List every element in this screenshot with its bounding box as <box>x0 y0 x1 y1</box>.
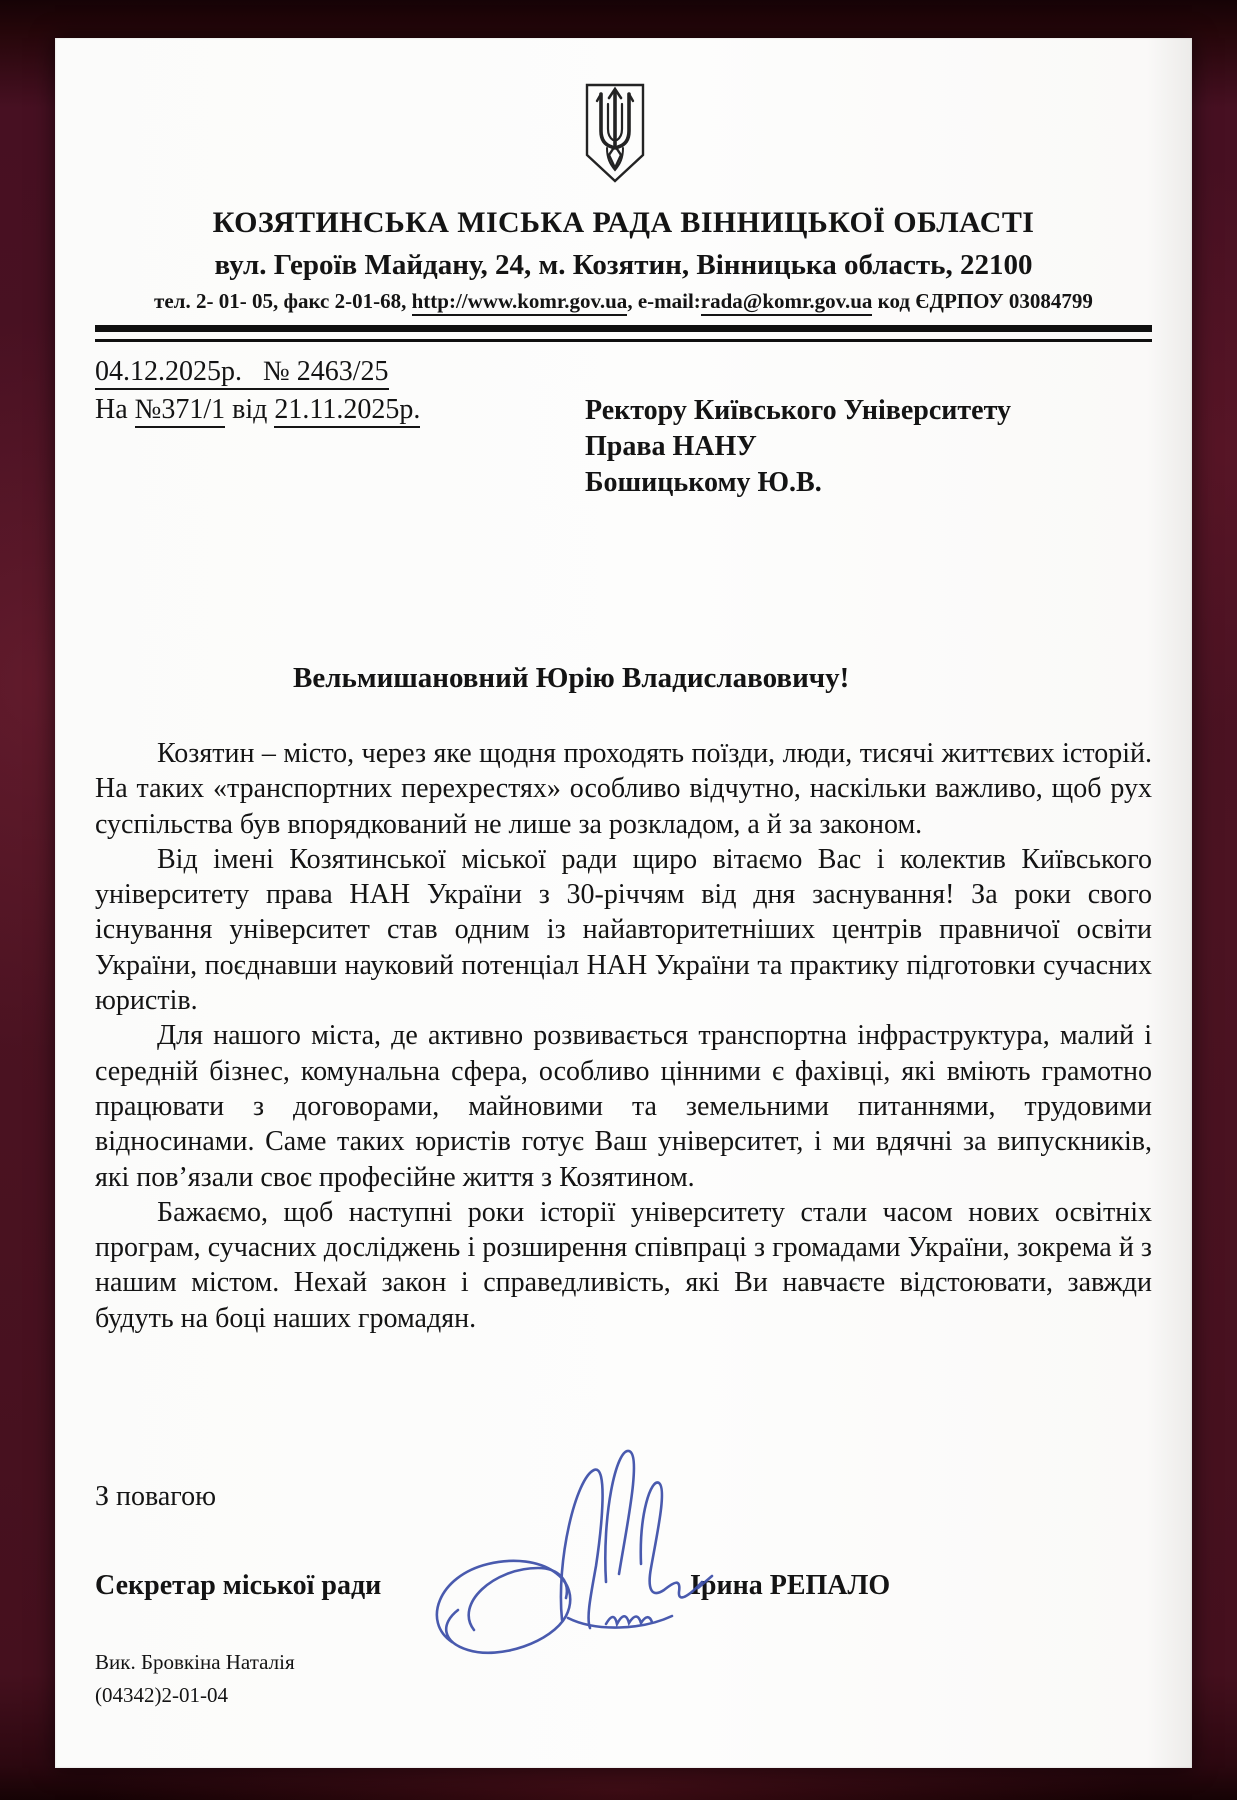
letterhead-rule-thin <box>95 339 1152 342</box>
outgoing-number: № 2463/25 <box>263 356 389 390</box>
org-contact-line: тел. 2- 01- 05, факс 2-01-68, http://www… <box>95 289 1152 314</box>
org-name: КОЗЯТИНСЬКА МІСЬКА РАДА ВІННИЦЬКОЇ ОБЛАС… <box>95 206 1152 240</box>
body-paragraph-4: Бажаємо, щоб наступні роки історії уніве… <box>95 1195 1152 1336</box>
contact-suffix: код ЄДРПОУ 03084799 <box>872 289 1093 313</box>
outgoing-reference-line: 04.12.2025р. № 2463/25 <box>95 356 389 388</box>
reference-gap <box>242 356 263 390</box>
letter-page: КОЗЯТИНСЬКА МІСЬКА РАДА ВІННИЦЬКОЇ ОБЛАС… <box>55 38 1192 1768</box>
handwritten-signature <box>410 1430 730 1680</box>
addressee-line-2: Права НАНУ <box>585 429 1011 465</box>
executor-phone: (04342)2-01-04 <box>95 1679 295 1712</box>
org-website-link: http://www.komr.gov.ua <box>412 289 628 316</box>
salutation: Вельмишановний Юрію Владиславовичу! <box>293 662 849 695</box>
contact-prefix: тел. 2- 01- 05, факс 2-01-68, <box>154 289 412 313</box>
addressee-block: Ректору Київського Університету Права НА… <box>585 393 1011 501</box>
reply-number: №371/1 <box>135 394 226 428</box>
executor-name: Вик. Бровкіна Наталія <box>95 1646 295 1679</box>
ukraine-trident-emblem-icon <box>583 82 647 186</box>
reply-reference-line: На №371/1 від 21.11.2025р. <box>95 394 420 426</box>
scanned-letter-on-maroon-folder: КОЗЯТИНСЬКА МІСЬКА РАДА ВІННИЦЬКОЇ ОБЛАС… <box>0 0 1237 1800</box>
reply-prefix: На <box>95 394 135 425</box>
org-address: вул. Героїв Майдану, 24, м. Козятин, Він… <box>95 249 1152 282</box>
outgoing-date: 04.12.2025р. <box>95 356 242 390</box>
body-paragraph-2: Від імені Козятинської міської ради щиро… <box>95 842 1152 1018</box>
letterhead-rule-thick <box>95 325 1152 332</box>
reply-date: 21.11.2025р. <box>274 394 420 428</box>
executor-block: Вик. Бровкіна Наталія (04342)2-01-04 <box>95 1646 295 1712</box>
closing-regards: З повагою <box>95 1481 216 1513</box>
contact-mid: , e-mail: <box>627 289 700 313</box>
addressee-line-3: Бошицькому Ю.В. <box>585 465 1011 501</box>
body-paragraph-3: Для нашого міста, де активно розвиваєтьс… <box>95 1018 1152 1194</box>
letter-body: Козятин – місто, через яке щодня проходя… <box>95 736 1152 1336</box>
org-email-link: rada@komr.gov.ua <box>701 289 873 316</box>
signer-title: Секретар міської ради <box>95 1570 381 1602</box>
reply-mid: від <box>225 394 274 425</box>
body-paragraph-1: Козятин – місто, через яке щодня проходя… <box>95 736 1152 842</box>
addressee-line-1: Ректору Київського Університету <box>585 393 1011 429</box>
